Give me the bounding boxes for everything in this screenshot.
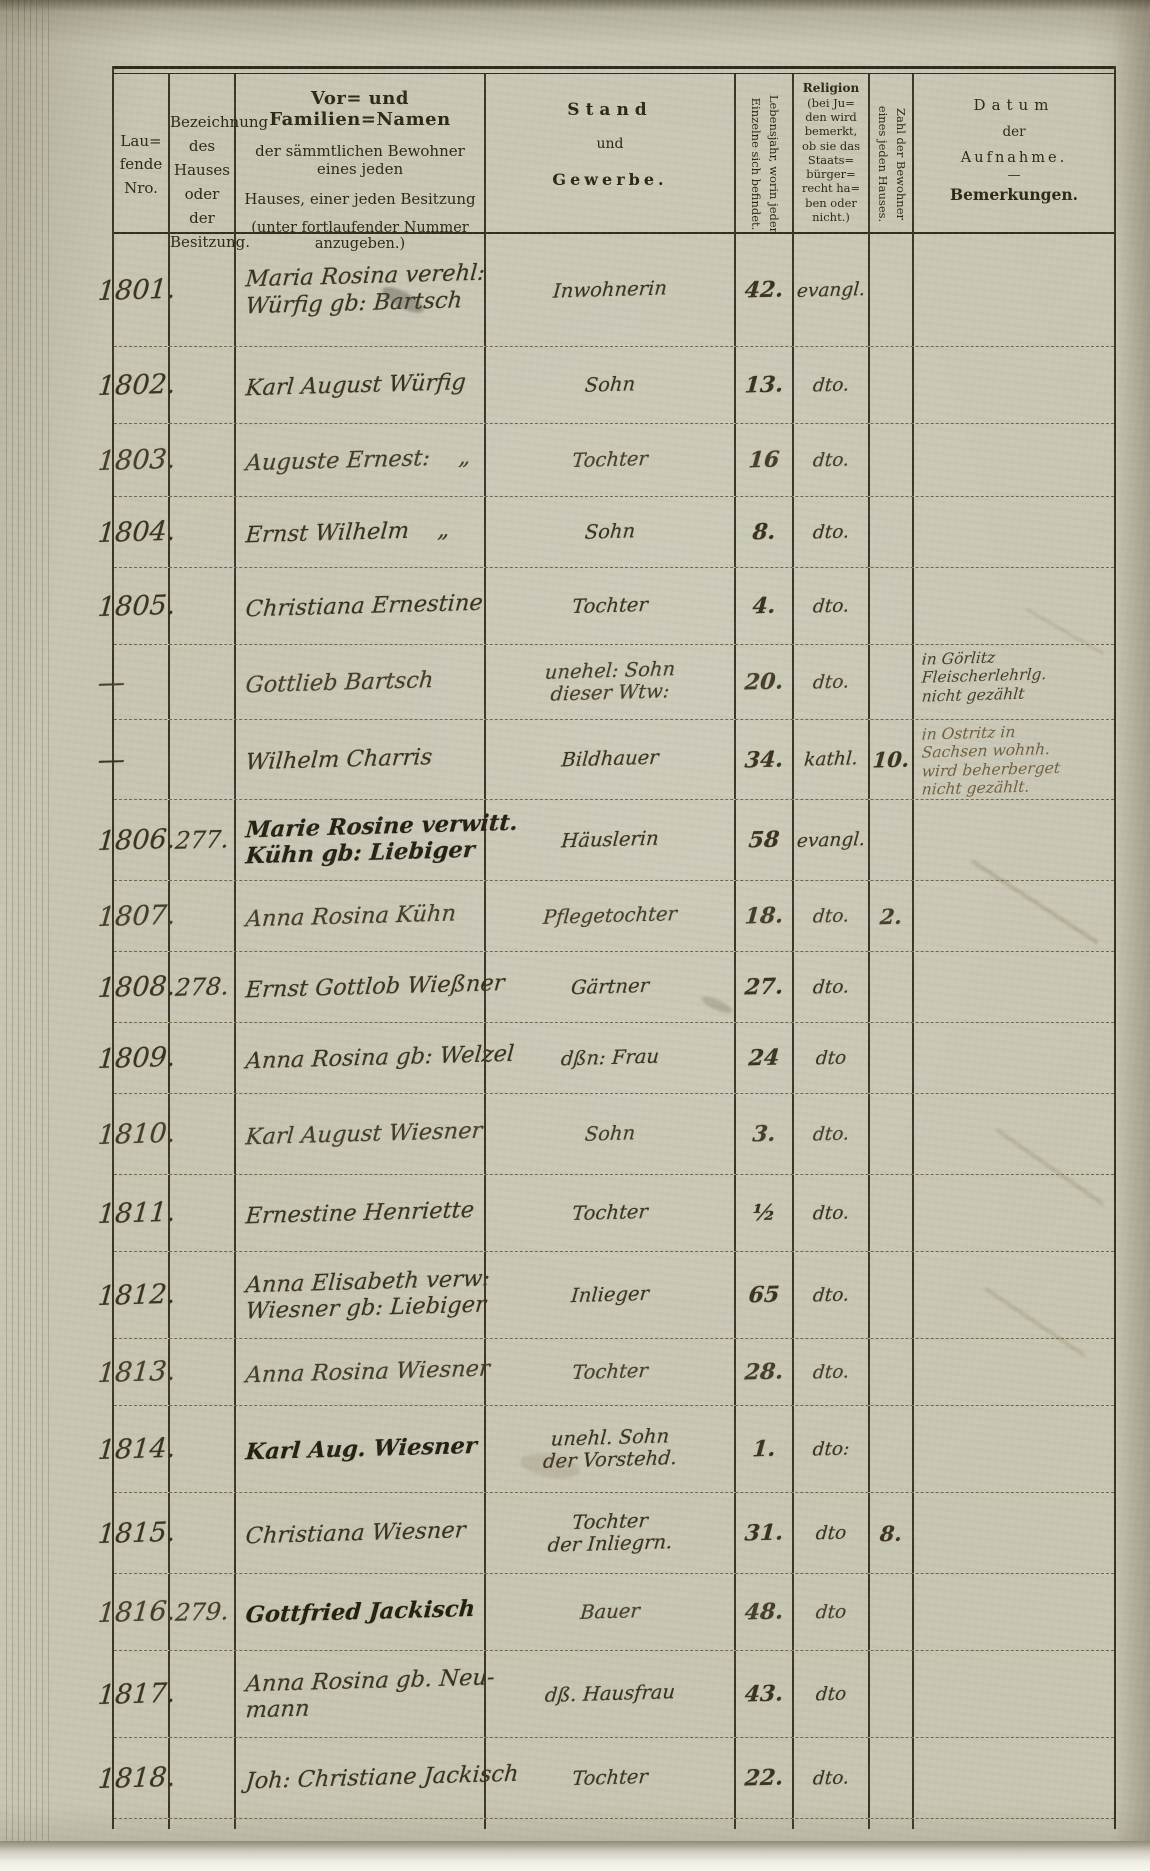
entry-number: 1804. [97,516,170,549]
inhabitant-count [870,987,912,988]
age-value: 16 [735,446,793,474]
header-text: Staats= [794,153,868,167]
cell-bemerkungen [914,1175,1114,1251]
inhabitant-count [870,289,912,290]
remark-line3 [922,1340,1110,1345]
cell-religion: dto. [794,952,870,1022]
house-number [170,605,234,607]
header-text: Lebensjahr, worin jeder [764,89,782,239]
entry-number: 1803. [97,444,170,477]
entry-number: — [97,666,170,699]
cell-bemerkungen [914,497,1114,567]
cell-lebensjahr: 16 [736,424,794,496]
age-value [736,1823,792,1825]
remark-line4 [922,1407,1110,1412]
cell-bemerkungen [914,881,1114,951]
remark-line1 [922,1340,1110,1345]
age-value: 8. [735,518,793,546]
remark-line2 [922,1575,1110,1580]
religion-value: evangl. [793,829,869,852]
occupation-line1: Bauer [485,1597,735,1626]
cell-zahl-bewohner [870,1738,914,1818]
inhabitant-count: 8. [869,1520,913,1546]
remark-line3 [922,882,1110,887]
cell-laufende-nro: 1807. [114,881,170,951]
remark-line4 [922,1575,1110,1580]
person-name-line1: Anna Rosina Kühn [245,900,486,933]
remark-line4 [922,1340,1110,1345]
cell-religion: dto [794,1023,870,1093]
religion-value: dto. [793,373,869,396]
cell-name: Christiana Wiesner [236,1493,486,1573]
table-row: 1802. Karl August Würfig Sohn 13. dto. [114,347,1114,424]
table-row: 1809. Anna Rosina gb: Welzel dßn: Frau 2… [114,1023,1114,1094]
cell-stand-gewerbe [486,1819,736,1829]
remark-line3 [922,1739,1110,1744]
remark-line3 [922,1494,1110,1499]
header-laufende-nro: Lau= fende Nro. [114,74,170,254]
page-top-shadow [0,0,1150,12]
person-name-line2: Wiesner gb: Liebiger [245,1292,486,1325]
religion-value: dto. [793,594,869,617]
age-value: 3. [735,1120,793,1148]
cell-name: Anna Rosina Kühn [236,881,486,951]
table-row: 1806. 277. Marie Rosine verwitt. Kühn gb… [114,800,1114,881]
remark-line3 [922,1095,1110,1100]
cell-bemerkungen [914,1023,1114,1093]
cell-name: Anna Rosina gb. Neu- mann [236,1651,486,1737]
cell-lebensjahr: 34. [736,720,794,799]
cell-religion: dto. [794,497,870,567]
remark-line2 [922,801,1110,806]
table-row: 1807. Anna Rosina Kühn Pflegetochter 18.… [114,881,1114,952]
cell-lebensjahr: 8. [736,497,794,567]
cell-zahl-bewohner [870,1819,914,1829]
header-text: und [486,136,734,152]
occupation-line1: dßn: Frau [485,1043,735,1072]
occupation-line1: Tochter [485,1357,735,1386]
cell-bemerkungen: in Görlitz Fleischerlehrlg. nicht gezähl… [914,645,1114,719]
inhabitant-count: 2. [869,903,913,929]
rotated-header-zahl: Zahl der Bewohner eines jeden Hauses. [873,89,909,239]
person-name-line1: Ernestine Henriette [245,1197,486,1230]
house-number [170,915,234,917]
header-text: Religion [794,81,868,96]
cell-laufende-nro: — [114,720,170,799]
house-number [170,1693,234,1695]
remark-line2 [922,1820,1110,1825]
occupation-line1: Inwohnerin [485,275,735,304]
age-value: 65 [735,1281,793,1309]
person-name-line1: Ernst Wilhelm „ [245,515,486,548]
cell-name: Ernst Wilhelm „ [236,497,486,567]
cell-zahl-bewohner [870,1094,914,1174]
cell-lebensjahr: 27. [736,952,794,1022]
cell-religion: dto. [794,1252,870,1338]
remark-line2 [922,1340,1110,1345]
cell-laufende-nro [114,1819,170,1829]
occupation-line1: Inlieger [485,1280,735,1309]
remark-line4 [922,882,1110,887]
inhabitant-count: 10. [869,746,913,772]
remark-line1 [922,347,1110,352]
person-name-line1: Gottfried Jackisch [245,1596,486,1629]
header-title: Vor= und Familien=Namen [236,88,484,130]
person-name-line1: Anna Rosina gb: Welzel [245,1042,486,1075]
header-text: Gewerbe. [486,170,734,189]
header-text: Datum [914,96,1114,114]
header-text: Zahl der Bewohner [891,89,909,239]
religion-value: dto. [793,905,869,928]
remark-line3 [922,801,1110,806]
entry-number: 1814. [97,1433,170,1466]
cell-hausnummer [170,424,236,496]
religion-value: dto. [793,1284,869,1307]
cell-laufende-nro: 1810. [114,1094,170,1174]
remark-line4 [922,1253,1110,1258]
table-row: 1805. Christiana Ernestine Tochter 4. dt… [114,568,1114,645]
cell-lebensjahr: 4. [736,568,794,644]
remark-line2 [922,1739,1110,1744]
cell-religion: dto. [794,881,870,951]
house-number [170,759,234,761]
cell-zahl-bewohner [870,1574,914,1650]
cell-laufende-nro: 1812. [114,1252,170,1338]
age-value: 43. [735,1680,793,1708]
occupation-line1: Pflegetochter [485,901,735,930]
cell-religion: dto. [794,1738,870,1818]
cell-bemerkungen [914,1738,1114,1818]
religion-value [794,1823,868,1825]
inhabitant-count [870,1694,912,1695]
header-text: der sämmtlichen Bewohner eines jeden [236,142,484,178]
house-number [170,1532,234,1534]
inhabitant-count [870,531,912,532]
cell-zahl-bewohner [870,424,914,496]
table-row: 1810. Karl August Wiesner Sohn 3. dto. [114,1094,1114,1175]
scan-bottom-edge [0,1841,1150,1871]
entry-number: — [97,743,170,776]
remark-line3 [922,1652,1110,1657]
inhabitant-count [870,1823,912,1824]
entry-number: 1818. [97,1762,170,1795]
cell-hausnummer [170,1819,236,1829]
cell-name: Karl Aug. Wiesner [236,1406,486,1492]
cell-laufende-nro: 1813. [114,1339,170,1405]
person-name-line2: Würfig gb: Bartsch [245,287,486,320]
remark-line1 [922,1253,1110,1258]
occupation-line1: Tochter [485,445,735,474]
cell-zahl-bewohner [870,1651,914,1737]
religion-value: evangl. [793,278,869,301]
remark-line3 [922,1407,1110,1412]
cell-hausnummer [170,1023,236,1093]
cell-laufende-nro: 1815. [114,1493,170,1573]
cell-lebensjahr [736,1819,794,1829]
remark-line2 [922,424,1110,429]
remark-line4 [922,1652,1110,1657]
table-row: 1814. Karl Aug. Wiesner unehl. Sohn der … [114,1406,1114,1493]
cell-hausnummer [170,568,236,644]
cell-laufende-nro: 1818. [114,1738,170,1818]
remark-line3 [922,1253,1110,1258]
cell-stand-gewerbe: Sohn [486,497,736,567]
remark-line4 [922,1494,1110,1499]
cell-hausnummer [170,497,236,567]
cell-hausnummer: 278. [170,952,236,1022]
remark-line3 [922,953,1110,958]
remark-line1 [922,1575,1110,1580]
age-value: 34. [735,746,793,774]
table-row: 1804. Ernst Wilhelm „ Sohn 8. dto. [114,497,1114,568]
header-text: Hauses, einer jeden Besitzung [236,190,484,208]
cell-bemerkungen [914,1252,1114,1338]
cell-religion: dto. [794,1094,870,1174]
cell-stand-gewerbe: dßn: Frau [486,1023,736,1093]
table-row: 1817. Anna Rosina gb. Neu- mann dß. Haus… [114,1651,1114,1738]
cell-lebensjahr: 22. [736,1738,794,1818]
cell-stand-gewerbe: Tochter [486,424,736,496]
remark-line4 [922,801,1110,806]
remark-line1 [922,1820,1110,1825]
inhabitant-count [870,840,912,841]
inhabitant-count [870,459,912,460]
person-name-line1: Christiana Wiesner [245,1517,486,1550]
table-row: 1812. Anna Elisabeth verw: Wiesner gb: L… [114,1252,1114,1339]
cell-hausnummer [170,881,236,951]
cell-lebensjahr: 1. [736,1406,794,1492]
remark-line4 [922,953,1110,958]
remark-line2 [922,1494,1110,1499]
cell-lebensjahr: ½ [736,1175,794,1251]
inhabitant-count [870,384,912,385]
table-row: — Gottlieb Bartsch unehel: Sohn dieser W… [114,645,1114,720]
religion-value: dto [793,1522,869,1545]
cell-laufende-nro: 1808. [114,952,170,1022]
cell-laufende-nro: 1814. [114,1406,170,1492]
religion-value: dto. [793,520,869,543]
cell-hausnummer [170,1339,236,1405]
entry-number: 1811. [97,1197,170,1230]
person-name-line2: mann [245,1691,486,1724]
remark-line1 [922,1652,1110,1657]
inhabitant-count [870,1134,912,1135]
occupation-line1: Sohn [485,1119,735,1148]
cell-bemerkungen [914,1574,1114,1650]
cell-lebensjahr: 18. [736,881,794,951]
house-number [170,1133,234,1135]
inhabitant-count [870,1778,912,1779]
page-right-shadow [1112,0,1150,1871]
cell-religion: dto. [794,1339,870,1405]
cell-stand-gewerbe: Tochter [486,1339,736,1405]
cell-zahl-bewohner [870,645,914,719]
remark-line3 [922,1024,1110,1029]
remark-line2 [922,497,1110,502]
religion-value: dto [793,1047,869,1070]
cell-lebensjahr: 24 [736,1023,794,1093]
person-name-line2 [246,1821,485,1828]
entry-number: 1807. [97,900,170,933]
cell-stand-gewerbe: Sohn [486,347,736,423]
cell-name: Karl August Würfig [236,347,486,423]
remark-line2 [922,1652,1110,1657]
entry-number: 1813. [97,1356,170,1389]
cell-religion: dto. [794,424,870,496]
cell-stand-gewerbe: Inlieger [486,1252,736,1338]
header-text: Nro. [114,177,168,200]
house-number [170,384,234,386]
cell-hausnummer [170,1651,236,1737]
cell-hausnummer [170,1175,236,1251]
cell-hausnummer: 277. [170,800,236,880]
cell-religion: dto: [794,1406,870,1492]
cell-laufende-nro: 1817. [114,1651,170,1737]
cell-zahl-bewohner: 8. [870,1493,914,1573]
cell-bemerkungen [914,1651,1114,1737]
remark-line2 [922,1095,1110,1100]
cell-name: Marie Rosine verwitt. Kühn gb: Liebiger [236,800,486,880]
remark-line2 [922,882,1110,887]
occupation-line1: Bildhauer [485,745,735,774]
cell-stand-gewerbe: Tochter [486,568,736,644]
cell-hausnummer [170,1738,236,1818]
cell-bemerkungen [914,1406,1114,1492]
inhabitant-count [870,1449,912,1450]
header-text: des Hauses [170,134,234,182]
table-row: 1811. Ernestine Henriette Tochter ½ dto. [114,1175,1114,1252]
table-row: 1815. Christiana Wiesner Tochter der Inl… [114,1493,1114,1574]
cell-zahl-bewohner [870,1406,914,1492]
cell-name: Wilhelm Charris [236,720,486,799]
remark-line1 [922,497,1110,502]
remark-line1 [922,1407,1110,1412]
remark-line1 [922,1095,1110,1100]
cell-zahl-bewohner [870,1175,914,1251]
cell-zahl-bewohner: 2. [870,881,914,951]
header-text: (unter fortlaufender Nummer anzugeben.) [236,220,484,252]
cell-stand-gewerbe: unehl. Sohn der Vorstehd. [486,1406,736,1492]
cell-religion: dto [794,1651,870,1737]
cell-bemerkungen [914,1819,1114,1829]
header-text: eines jeden Hauses. [873,89,891,239]
table-row: 1813. Anna Rosina Wiesner Tochter 28. dt… [114,1339,1114,1406]
occupation-line1: Sohn [485,517,735,546]
entry-number: 1816. [97,1596,170,1629]
occupation-line1: Gärtner [485,972,735,1001]
person-name-line1: Christiana Ernestine [245,589,486,622]
cell-name: Ernestine Henriette [236,1175,486,1251]
remark-line4 [922,1176,1110,1181]
remark-line1 [922,1494,1110,1499]
entry-number: 1802. [97,369,170,402]
header-text: Aufnahme. [914,150,1114,166]
remark-line1 [922,1176,1110,1181]
header-divider: — [914,168,1114,183]
header-text: ob sie das [794,139,868,153]
cell-name: Christiana Ernestine [236,568,486,644]
house-number: 279. [169,1597,235,1627]
cell-zahl-bewohner [870,568,914,644]
remark-line3 [922,497,1110,502]
person-name-line1: Karl August Würfig [245,368,486,401]
cell-lebensjahr: 65 [736,1252,794,1338]
religion-value: dto. [793,670,869,693]
cell-zahl-bewohner [870,1252,914,1338]
cell-stand-gewerbe: Sohn [486,1094,736,1174]
cell-name: Gottlieb Bartsch [236,645,486,719]
header-zahl-bewohner: Zahl der Bewohner eines jeden Hauses. [870,74,914,254]
inhabitant-count [870,1372,912,1373]
religion-value: dto. [793,1123,869,1146]
cell-bemerkungen [914,800,1114,880]
cell-laufende-nro: 1805. [114,568,170,644]
table-row: 1808. 278. Ernst Gottlob Wießner Gärtner… [114,952,1114,1023]
religion-value: dto: [793,1438,869,1461]
house-number [170,459,234,461]
cell-name: Anna Rosina gb: Welzel [236,1023,486,1093]
header-text: den wird [794,110,868,124]
occupation-line2 [486,1821,735,1828]
remark-line3 [922,1176,1110,1181]
remark-line2 [922,1176,1110,1181]
cell-laufende-nro: 1803. [114,424,170,496]
remark-line2 [922,953,1110,958]
occupation-line1: Häuslerin [485,825,735,854]
table-header: Lau= fende Nro. Bezeichnung des Hauses o… [114,74,1114,234]
age-value: 42. [735,276,793,304]
header-text: ben oder [794,196,868,210]
cell-name: Gottfried Jackisch [236,1574,486,1650]
cell-zahl-bewohner: 10. [870,720,914,799]
cell-zahl-bewohner [870,497,914,567]
age-value: 13. [735,371,793,399]
age-value: 48. [735,1598,793,1626]
cell-hausnummer [170,645,236,719]
person-name-line1 [246,1821,485,1828]
age-value: 27. [735,973,793,1001]
cell-name: Anna Elisabeth verw: Wiesner gb: Liebige… [236,1252,486,1338]
age-value: 4. [735,592,793,620]
cell-bemerkungen [914,952,1114,1022]
religion-value: dto. [793,1767,869,1790]
religion-value: dto. [793,448,869,471]
cell-name [236,1819,486,1829]
person-name-line1: Wilhelm Charris [245,743,486,776]
remark-line1 [922,568,1110,573]
cell-hausnummer [170,347,236,423]
person-name-line2: Kühn gb: Liebiger [245,837,486,870]
cell-stand-gewerbe: Häuslerin [486,800,736,880]
header-text: Stand [486,100,734,120]
person-name-line1: Joh: Christiane Jackisch [245,1762,486,1795]
remark-line3 [922,1575,1110,1580]
cell-stand-gewerbe: Bauer [486,1574,736,1650]
header-text: Besitzung. [170,230,234,254]
cell-stand-gewerbe: Pflegetochter [486,881,736,951]
inhabitant-count [870,1295,912,1296]
entry-number: 1812. [97,1279,170,1312]
house-number: 277. [169,825,235,855]
inhabitant-count [870,605,912,606]
census-register-table: Lau= fende Nro. Bezeichnung des Hauses o… [112,66,1116,1829]
remark-line2 [922,568,1110,573]
occupation-line1: dß. Hausfrau [485,1679,735,1708]
remark-line3 [922,424,1110,429]
inhabitant-count [870,1612,912,1613]
header-text: der [914,124,1114,140]
header-text: bemerkt, [794,124,868,138]
